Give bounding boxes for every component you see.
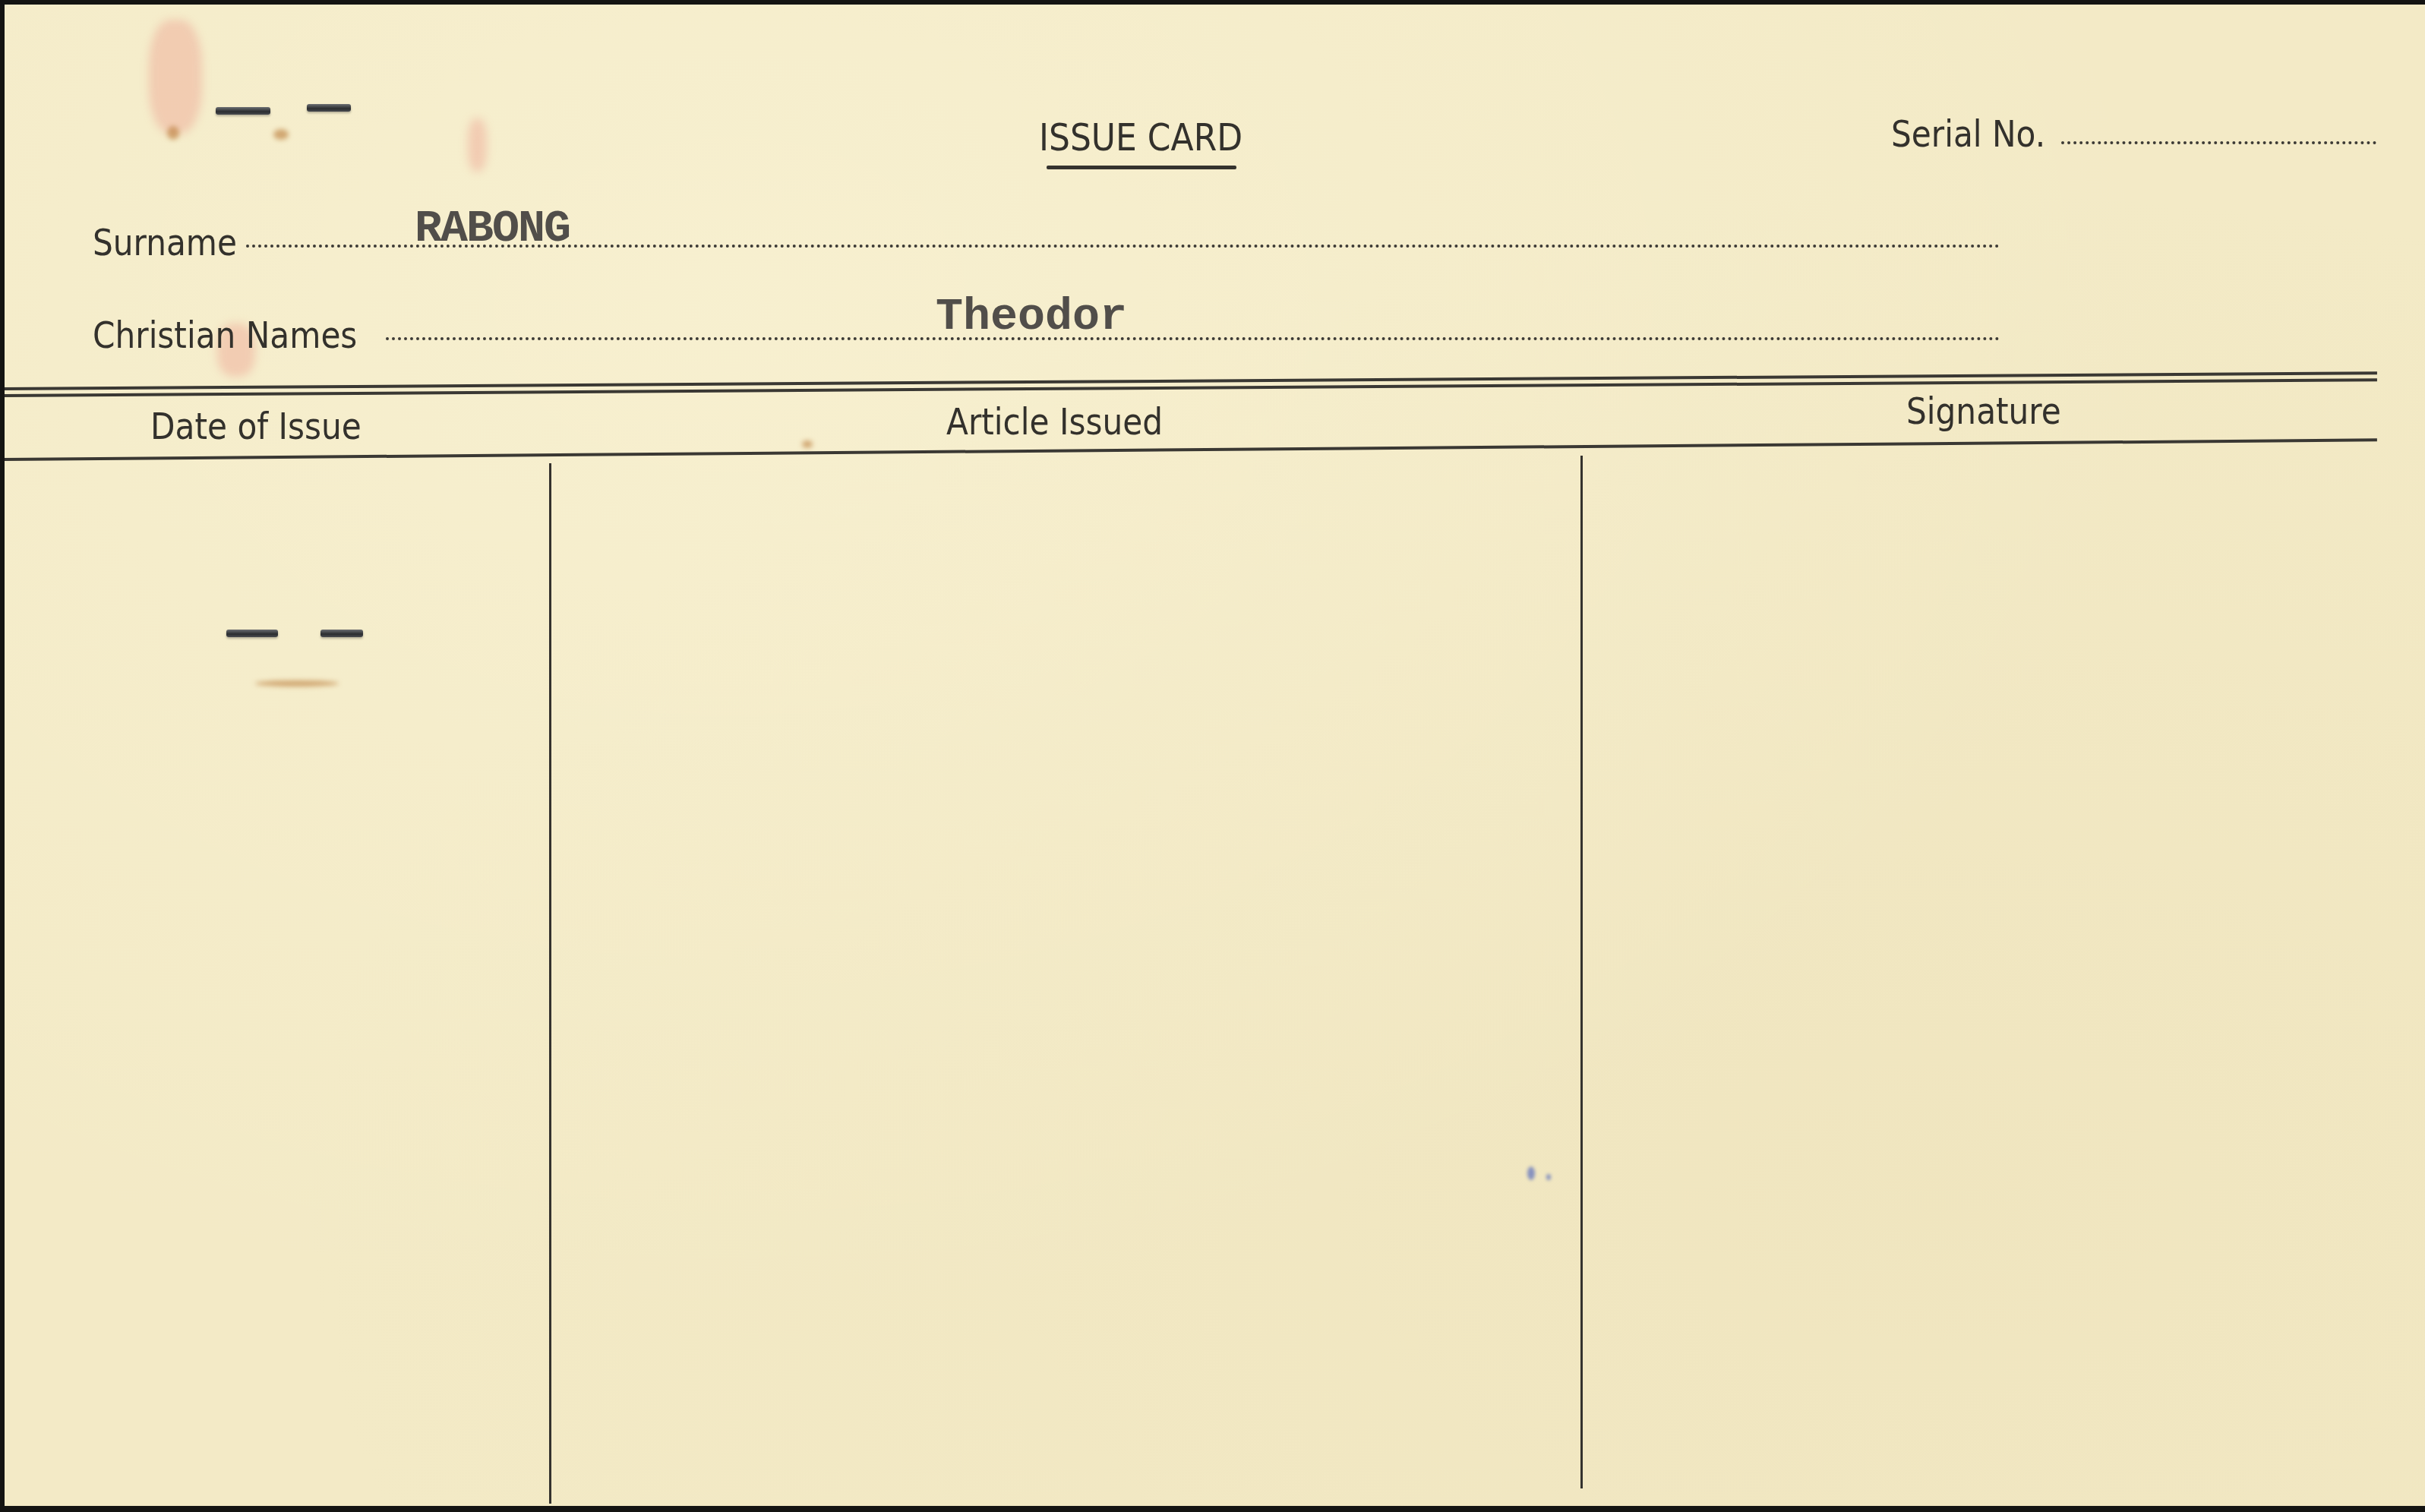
- column-divider-left: [549, 463, 551, 1504]
- issue-card: ISSUE CARD Serial No. Surname RABONG Chr…: [5, 5, 2425, 1506]
- christian-names-label: Christian Names: [93, 314, 357, 357]
- rust-stain: [167, 126, 179, 140]
- surname-value: RABONG: [415, 204, 570, 255]
- red-stamp-residue: [149, 20, 202, 134]
- title-underline: [1047, 166, 1236, 169]
- staple-icon: [307, 104, 351, 112]
- column-header-signature: Signature: [1906, 390, 2061, 433]
- table-body-article-column[interactable]: [552, 468, 1579, 1501]
- rust-stain: [802, 440, 813, 448]
- card-title: ISSUE CARD: [1039, 115, 1242, 159]
- christian-names-value: Theodor: [936, 292, 1127, 343]
- christian-names-field[interactable]: [386, 337, 2000, 340]
- serial-field[interactable]: [2061, 141, 2376, 144]
- rust-stain: [273, 129, 289, 140]
- surname-label: Surname: [93, 222, 237, 264]
- table-body-date-column[interactable]: [5, 468, 548, 1501]
- column-header-article-issued: Article Issued: [946, 401, 1163, 443]
- column-header-date-of-issue: Date of Issue: [150, 406, 362, 448]
- serial-label: Serial No.: [1891, 113, 2045, 156]
- staple-icon: [216, 107, 270, 115]
- red-stamp-residue-2: [468, 118, 487, 172]
- column-divider-right: [1580, 456, 1583, 1488]
- table-body-signature-column[interactable]: [1584, 460, 2381, 1501]
